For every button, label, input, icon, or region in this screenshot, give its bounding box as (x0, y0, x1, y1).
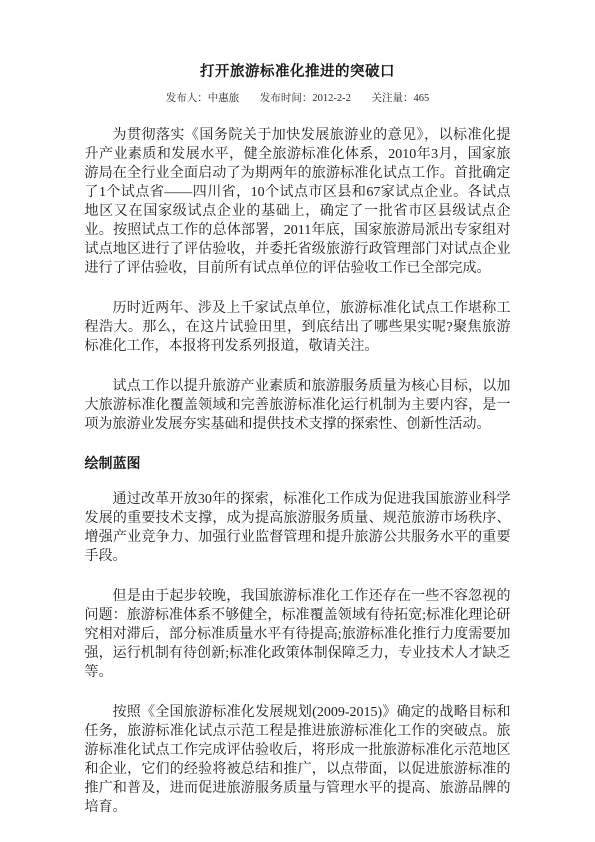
meta-publish-time-label: 发布时间： (260, 93, 313, 104)
paragraph: 试点工作以提升旅游产业素质和旅游服务质量为核心目标，以加大旅游标准化覆盖领域和完… (85, 377, 511, 434)
paragraph: 通过改革开放30年的探索，标准化工作成为促进我国旅游业科学发展的重要技术支撑，成… (85, 490, 511, 566)
section-heading: 绘制蓝图 (85, 455, 511, 474)
meta-views-value: 465 (414, 93, 430, 104)
meta-publisher-label: 发布人： (166, 93, 208, 104)
paragraph: 历时近两年、涉及上千家试点单位，旅游标准化试点工作堪称工程浩大。那么，在这片试验… (85, 299, 511, 356)
meta-publisher-value: 中惠旅 (208, 93, 240, 104)
paragraph: 但是由于起步较晚，我国旅游标准化工作还存在一些不容忽视的问题：旅游标准体系不够健… (85, 587, 511, 682)
meta-views: 关注量：465 (372, 90, 430, 105)
paragraph: 按照《全国旅游标准化发展规划(2009-2015)》确定的战略目标和任务，旅游标… (85, 703, 511, 817)
article-title: 打开旅游标准化推进的突破口 (0, 60, 595, 81)
paragraph: 为贯彻落实《国务院关于加快发展旅游业的意见》，以标准化提升产业素质和发展水平，健… (85, 126, 511, 278)
article-meta: 发布人：中惠旅 发布时间：2012-2-2 关注量：465 (0, 90, 595, 105)
article-body: 为贯彻落实《国务院关于加快发展旅游业的意见》，以标准化提升产业素质和发展水平，健… (85, 126, 511, 817)
meta-views-label: 关注量： (372, 93, 414, 104)
article: 打开旅游标准化推进的突破口 发布人：中惠旅 发布时间：2012-2-2 关注量：… (0, 0, 595, 817)
meta-publish-time-value: 2012-2-2 (312, 93, 351, 104)
document-page: 打开旅游标准化推进的突破口 发布人：中惠旅 发布时间：2012-2-2 关注量：… (0, 0, 595, 842)
meta-publisher: 发布人：中惠旅 (166, 90, 240, 105)
meta-publish-time: 发布时间：2012-2-2 (260, 90, 351, 105)
